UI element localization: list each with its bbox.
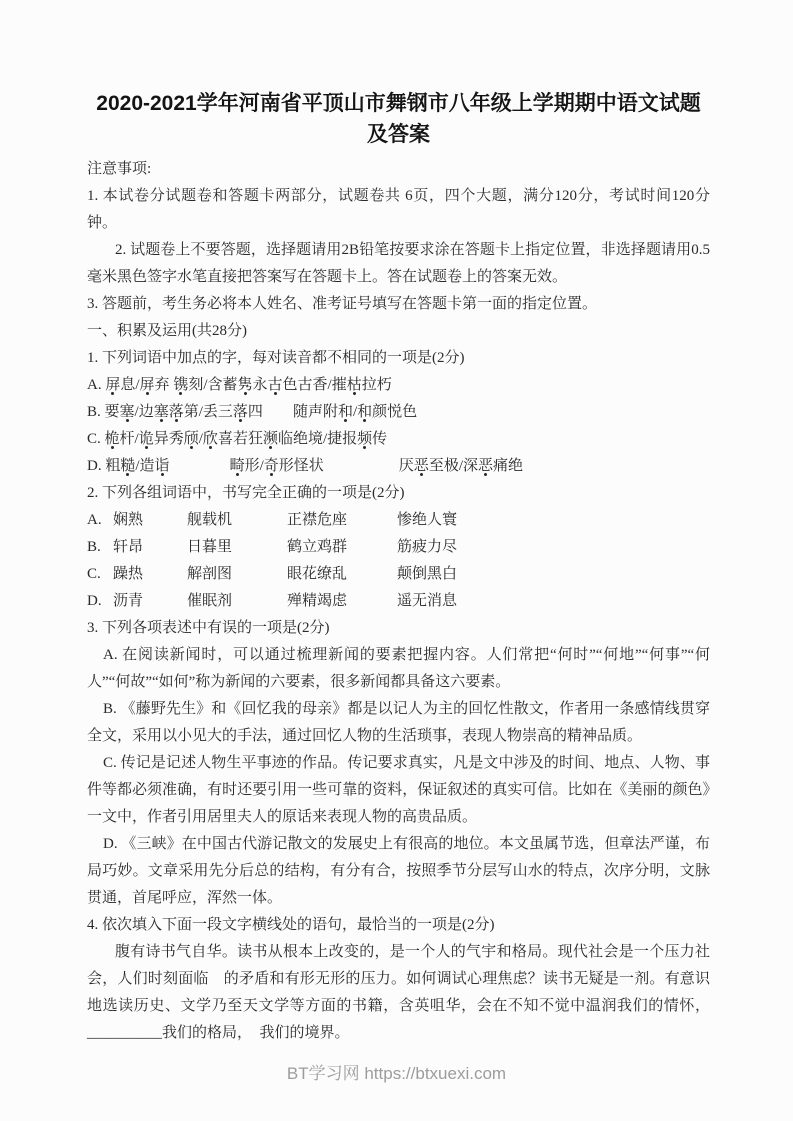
exam-document-page: 2020-2021学年河南省平顶山市舞钢市八年级上学期期中语文试题及答案 注意事… (0, 0, 793, 1121)
dotted-char: 濒 (263, 431, 278, 447)
text-run: A. (87, 377, 105, 393)
notices-heading: 注意事项: (87, 156, 710, 183)
q4-passage: 腹有诗书气自华。读书从根本上改变的，是一个人的气宇和格局。现代社会是一个压力社会… (87, 939, 710, 1047)
q2-word: 躁热 (113, 561, 187, 588)
dotted-char: 古 (268, 377, 283, 393)
text-run: 拉朽 (362, 377, 392, 393)
dotted-char: 糙 (120, 458, 135, 474)
text-run: 颜悦色 (372, 404, 417, 420)
dotted-char: 和 (357, 404, 372, 420)
dotted-char: 塞 (154, 404, 169, 420)
text-run: 厌 (399, 458, 414, 474)
text-run: 永 (253, 377, 268, 393)
q2-word: 轩昂 (113, 534, 187, 561)
text-run: C. (87, 431, 105, 447)
dotted-char: 桅 (105, 431, 120, 447)
q1-stem: 1. 下列词语中加点的字，每对读音都不相同的一项是(2分) (87, 345, 710, 372)
q3-option-b: B. 《藤野先生》和《回忆我的母亲》都是以记人为主的回忆性散文，作者用一条感情线… (87, 696, 710, 750)
q2-option-b: B. 轩昂 日暮里 鹤立鸡群 筋疲力尽 (87, 534, 710, 561)
q2-word: 舰载机 (187, 507, 287, 534)
q2-word: 遥无消息 (397, 588, 710, 615)
text-run: 至极/深 (429, 458, 478, 474)
q3-option-c: C. 传记是记述人物生平事迹的作品。传记要求真实，凡是文中涉及的时间、地点、人物… (87, 750, 710, 831)
q2-word: 解剖图 (187, 561, 287, 588)
text-run: /造 (135, 458, 154, 474)
dotted-char: 落 (169, 404, 184, 420)
footer-watermark: BT学习网 https://btxuexi.com (0, 1062, 793, 1086)
q4-stem: 4. 依次填入下面一段文字横线处的语句，最恰当的一项是(2分) (87, 912, 710, 939)
text-run: 四 (248, 404, 293, 420)
q2-word: 正襟危座 (287, 507, 397, 534)
q2-word: 颠倒黑白 (397, 561, 710, 588)
q1-option-b: B. 要塞/边塞落第/丢三落四 随声附和/和颜悦色 (87, 399, 710, 426)
text-run: 第/丢三 (184, 404, 233, 420)
dotted-char: 恶 (414, 458, 429, 474)
dotted-char: 诡 (139, 431, 154, 447)
text-run: 异秀 (154, 431, 184, 447)
dotted-char: 和 (338, 404, 353, 420)
text-run: 传 (372, 431, 387, 447)
q2-word: 催眠剂 (187, 588, 287, 615)
text-run: 息/ (120, 377, 139, 393)
dotted-char: 隽 (238, 377, 253, 393)
q1-option-c: C. 桅杆/诡异秀颀/欣喜若狂濒临绝境/捷报频传 (87, 426, 710, 453)
q2-word: 殚精竭虑 (287, 588, 397, 615)
notice-item-3: 3. 答题前，考生务必将本人姓名、准考证号填写在答题卡第一面的指定位置。 (87, 291, 710, 318)
q2-option-label: A. (87, 507, 113, 534)
dotted-char: 恶 (478, 458, 493, 474)
text-run: 形/ (245, 458, 264, 474)
text-run: 形怪状 (279, 458, 399, 474)
dotted-char: 奇 (264, 458, 279, 474)
q2-word: 娴熟 (113, 507, 187, 534)
document-title: 2020-2021学年河南省平顶山市舞钢市八年级上学期期中语文试题及答案 (96, 88, 701, 150)
q2-option-d: D. 沥青 催眠剂 殚精竭虑 遥无消息 (87, 588, 710, 615)
dotted-char: 颀 (184, 431, 199, 447)
q1-option-d: D. 粗糙/造诣 畸形/奇形怪状 厌恶至极/深恶痛绝 (87, 453, 710, 480)
dotted-char: 诣 (155, 458, 170, 474)
section-1-heading: 一、积累及运用(共28分) (87, 318, 710, 345)
text-run: 杆/ (120, 431, 139, 447)
q2-word: 筋疲力尽 (397, 534, 710, 561)
q3-stem: 3. 下列各项表述中有误的一项是(2分) (87, 615, 710, 642)
q2-word: 沥青 (113, 588, 187, 615)
text-run: 弃 (155, 377, 174, 393)
text-run: 临绝境/捷报 (278, 431, 357, 447)
text-run: 喜若狂 (218, 431, 263, 447)
q2-word: 日暮里 (187, 534, 287, 561)
dotted-char: 屏 (140, 377, 155, 393)
dotted-char: 畸 (230, 458, 245, 474)
dotted-char: 屏 (105, 377, 120, 393)
text-run: /边 (135, 404, 154, 420)
dotted-char: 频 (357, 431, 372, 447)
q2-option-label: B. (87, 534, 113, 561)
text-run: 刻/含蓄 (188, 377, 237, 393)
q2-option-label: C. (87, 561, 113, 588)
notice-item-2: 2. 试题卷上不要答题，选择题请用2B铅笔按要求涂在答题卡上指定位置，非选择题请… (87, 237, 710, 291)
q3-option-d: D. 《三峡》在中国古代游记散文的发展史上有很高的地位。本文虽属节选，但章法严谨… (87, 831, 710, 912)
text-run: D. 粗 (87, 458, 120, 474)
q2-option-c: C. 躁热 解剖图 眼花缭乱 颠倒黑白 (87, 561, 710, 588)
dotted-char: 落 (233, 404, 248, 420)
text-run: 色古香/摧 (283, 377, 347, 393)
dotted-char: 欣 (203, 431, 218, 447)
q1-option-a: A. 屏息/屏弃 镌刻/含蓄隽永古色古香/摧枯拉朽 (87, 372, 710, 399)
notice-item-1: 1. 本试卷分试题卷和答题卡两部分，试题卷共 6页，四个大题，满分120分，考试… (87, 183, 710, 237)
q2-stem: 2. 下列各组词语中，书写完全正确的一项是(2分) (87, 480, 710, 507)
dotted-char: 镌 (173, 377, 188, 393)
text-run: 随声附 (293, 404, 338, 420)
dotted-char: 塞 (120, 404, 135, 420)
text-run: 痛绝 (493, 458, 523, 474)
text-run: B. 要 (87, 404, 120, 420)
text-run (170, 458, 230, 474)
q2-option-a: A. 娴熟 舰载机 正襟危座 惨绝人寰 (87, 507, 710, 534)
q2-option-label: D. (87, 588, 113, 615)
dotted-char: 枯 (347, 377, 362, 393)
q2-word: 鹤立鸡群 (287, 534, 397, 561)
q3-option-a: A. 在阅读新闻时，可以通过梳理新闻的要素把握内容。人们常把“何时”“何地”“何… (87, 642, 710, 696)
q2-word: 眼花缭乱 (287, 561, 397, 588)
q2-word: 惨绝人寰 (397, 507, 710, 534)
